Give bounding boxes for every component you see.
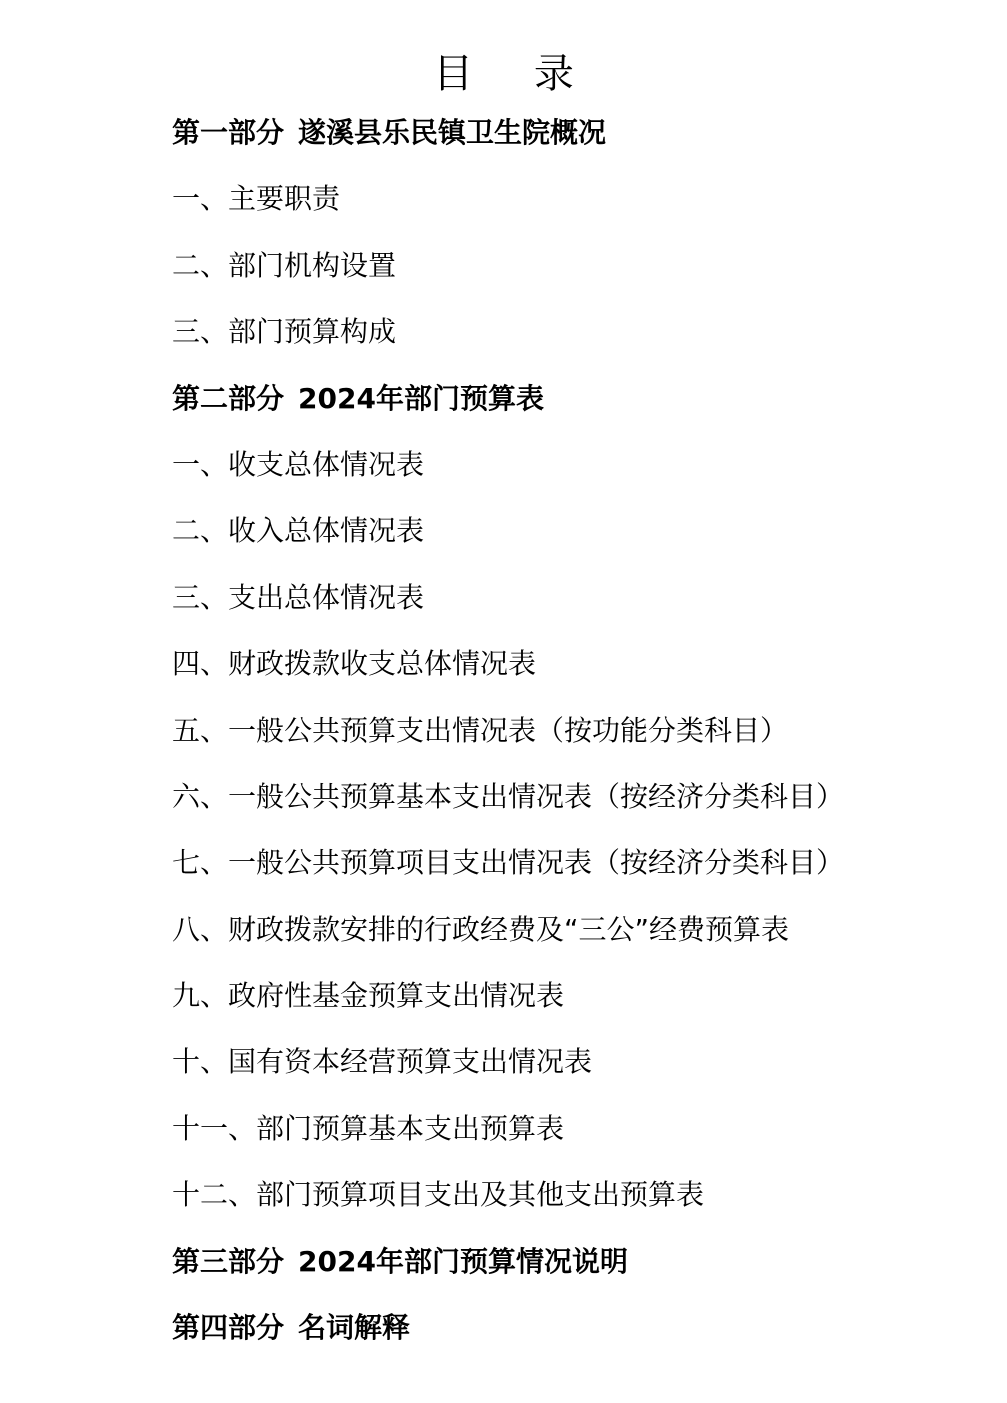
toc-part-1[interactable]: 第一部分遂溪县乐民镇卫生院概况 (172, 110, 844, 176)
toc-part-2[interactable]: 第二部分2024年部门预算表 (172, 376, 844, 442)
part-label: 第三部分 (172, 1245, 284, 1278)
toc-part-3[interactable]: 第三部分2024年部门预算情况说明 (172, 1239, 844, 1305)
toc-item[interactable]: 三、支出总体情况表 (172, 575, 844, 641)
toc-part-4[interactable]: 第四部分名词解释 (172, 1305, 844, 1371)
part-label: 第一部分 (172, 116, 284, 149)
part-label: 第二部分 (172, 382, 284, 415)
toc-item[interactable]: 三、部门预算构成 (172, 309, 844, 375)
toc-item[interactable]: 八、财政拨款安排的行政经费及“三公”经费预算表 (172, 907, 844, 973)
part-label: 第四部分 (172, 1311, 284, 1344)
toc-item[interactable]: 十、国有资本经营预算支出情况表 (172, 1039, 844, 1105)
toc-item[interactable]: 五、一般公共预算支出情况表（按功能分类科目） (172, 708, 844, 774)
toc-item[interactable]: 七、一般公共预算项目支出情况表（按经济分类科目） (172, 840, 844, 906)
part-title: 2024年部门预算表 (298, 382, 544, 415)
part-title: 2024年部门预算情况说明 (298, 1245, 628, 1278)
toc-item[interactable]: 一、主要职责 (172, 176, 844, 242)
toc-item[interactable]: 十一、部门预算基本支出预算表 (172, 1106, 844, 1172)
table-of-contents: 第一部分遂溪县乐民镇卫生院概况 一、主要职责 二、部门机构设置 三、部门预算构成… (172, 110, 844, 1371)
toc-item[interactable]: 九、政府性基金预算支出情况表 (172, 973, 844, 1039)
toc-item[interactable]: 六、一般公共预算基本支出情况表（按经济分类科目） (172, 774, 844, 840)
part-title: 名词解释 (298, 1311, 410, 1344)
toc-item[interactable]: 四、财政拨款收支总体情况表 (172, 641, 844, 707)
page-title: 目 录 (0, 49, 1007, 99)
part-title: 遂溪县乐民镇卫生院概况 (298, 116, 606, 149)
toc-item[interactable]: 二、收入总体情况表 (172, 508, 844, 574)
toc-item[interactable]: 二、部门机构设置 (172, 243, 844, 309)
toc-item[interactable]: 一、收支总体情况表 (172, 442, 844, 508)
toc-item[interactable]: 十二、部门预算项目支出及其他支出预算表 (172, 1172, 844, 1238)
